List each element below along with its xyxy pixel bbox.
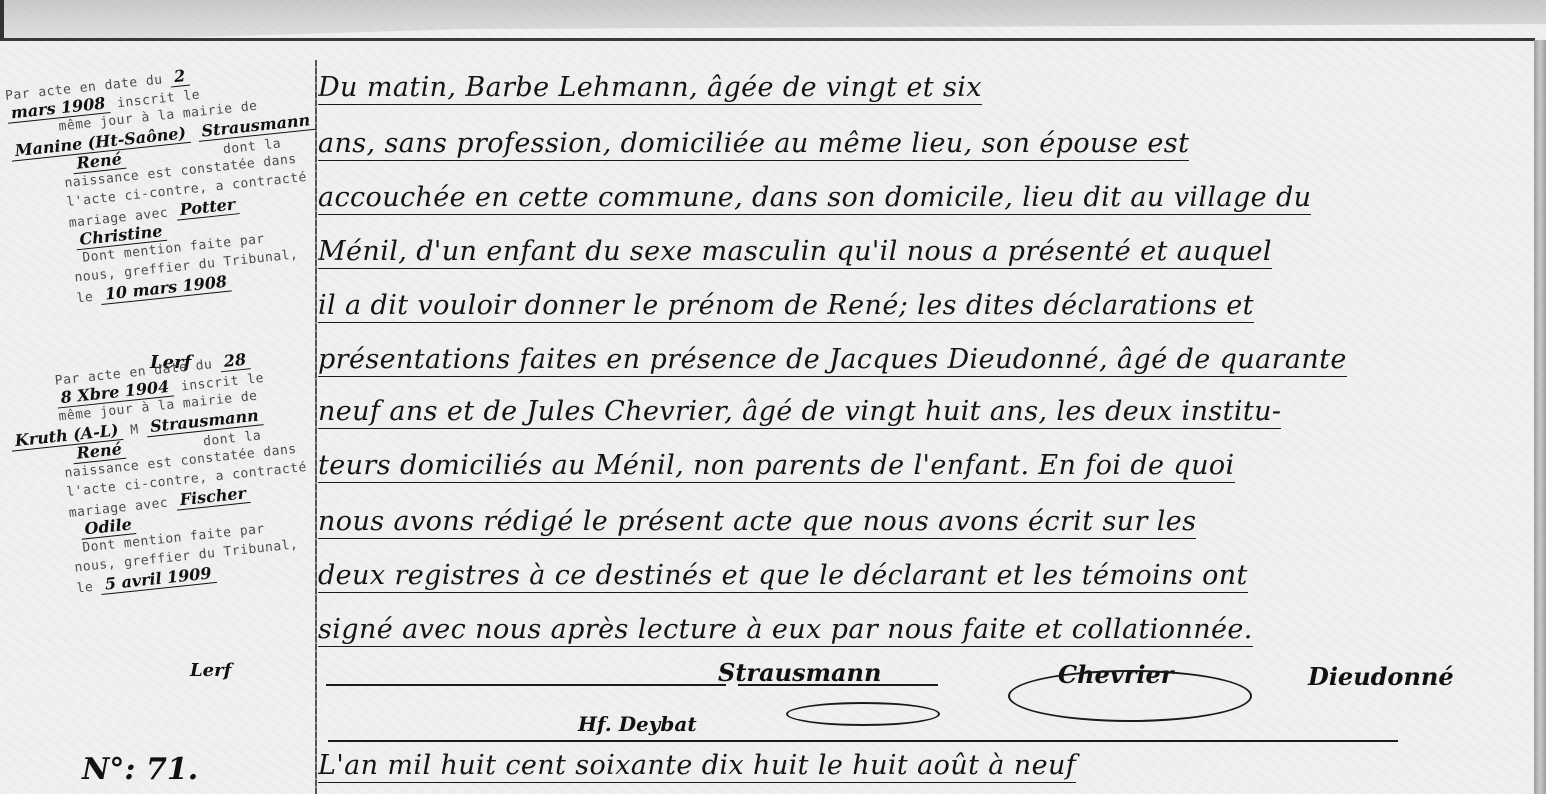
margin-note-marriage-1908: Par acte en date du 2 mars 1908 inscrit … <box>4 54 326 312</box>
signature-flourish <box>786 702 940 726</box>
act-line-text: Ménil, d'un enfant du sexe masculin qu'i… <box>318 236 1272 269</box>
margin-divider-rule <box>315 60 317 794</box>
act-line-text: ans, sans profession, domiciliée au même… <box>318 128 1189 161</box>
note-text: M <box>130 422 140 438</box>
act-line-text: teurs domiciliés au Ménil, non parents d… <box>318 450 1235 483</box>
note-text: le <box>76 290 94 307</box>
act-line-text: deux registres à ce destinés et que le d… <box>318 560 1248 593</box>
signature-rule <box>326 684 726 686</box>
greffier-signature-2: Lerf <box>190 660 231 681</box>
act-line-4: Ménil, d'un enfant du sexe masculin qu'i… <box>318 236 1508 290</box>
signature-witness-dieudonne: Dieudonné <box>1308 662 1454 691</box>
act-line-3: accouchée en cette commune, dans son dom… <box>318 182 1508 236</box>
signature-father: Strausmann <box>718 658 881 687</box>
next-act-first-line: L'an mil huit cent soixante dix huit le … <box>318 750 1508 794</box>
act-line-6: présentations faites en présence de Jacq… <box>318 344 1508 398</box>
act-line-10: deux registres à ce destinés et que le d… <box>318 560 1508 614</box>
signature-flourish <box>1008 670 1252 722</box>
act-line-8: teurs domiciliés au Ménil, non parents d… <box>318 450 1508 504</box>
act-line-5: il a dit vouloir donner le prénom de Ren… <box>318 290 1508 344</box>
act-number: N°: 71. <box>82 752 198 787</box>
signature-mayor: Hf. Deybat <box>578 712 697 736</box>
act-line-text: signé avec nous après lecture à eux par … <box>318 614 1253 647</box>
act-line-text: présentations faites en présence de Jacq… <box>318 344 1347 377</box>
act-line-11: signé avec nous après lecture à eux par … <box>318 614 1508 668</box>
act-line-text: neuf ans et de Jules Chevrier, âgé de vi… <box>318 396 1281 429</box>
act-line-text: il a dit vouloir donner le prénom de Ren… <box>318 290 1254 323</box>
act-line-text: accouchée en cette commune, dans son dom… <box>318 182 1311 215</box>
act-line-text: nous avons rédigé le présent acte que no… <box>318 506 1196 539</box>
act-line-9: nous avons rédigé le présent acte que no… <box>318 506 1508 560</box>
act-line-7: neuf ans et de Jules Chevrier, âgé de vi… <box>318 396 1508 450</box>
binding-edge-right <box>1534 40 1546 794</box>
act-line-text: Du matin, Barbe Lehmann, âgée de vingt e… <box>318 72 982 105</box>
act-line-text: L'an mil huit cent soixante dix huit le … <box>318 750 1076 783</box>
act-line-1: Du matin, Barbe Lehmann, âgée de vingt e… <box>318 72 1508 126</box>
margin-note-marriage-1904: Par acte en date du 28 8 Xbre 1904 inscr… <box>4 344 326 602</box>
signature-rule <box>328 740 1398 742</box>
act-line-2: ans, sans profession, domiciliée au même… <box>318 128 1508 182</box>
note-text: le <box>76 580 94 597</box>
